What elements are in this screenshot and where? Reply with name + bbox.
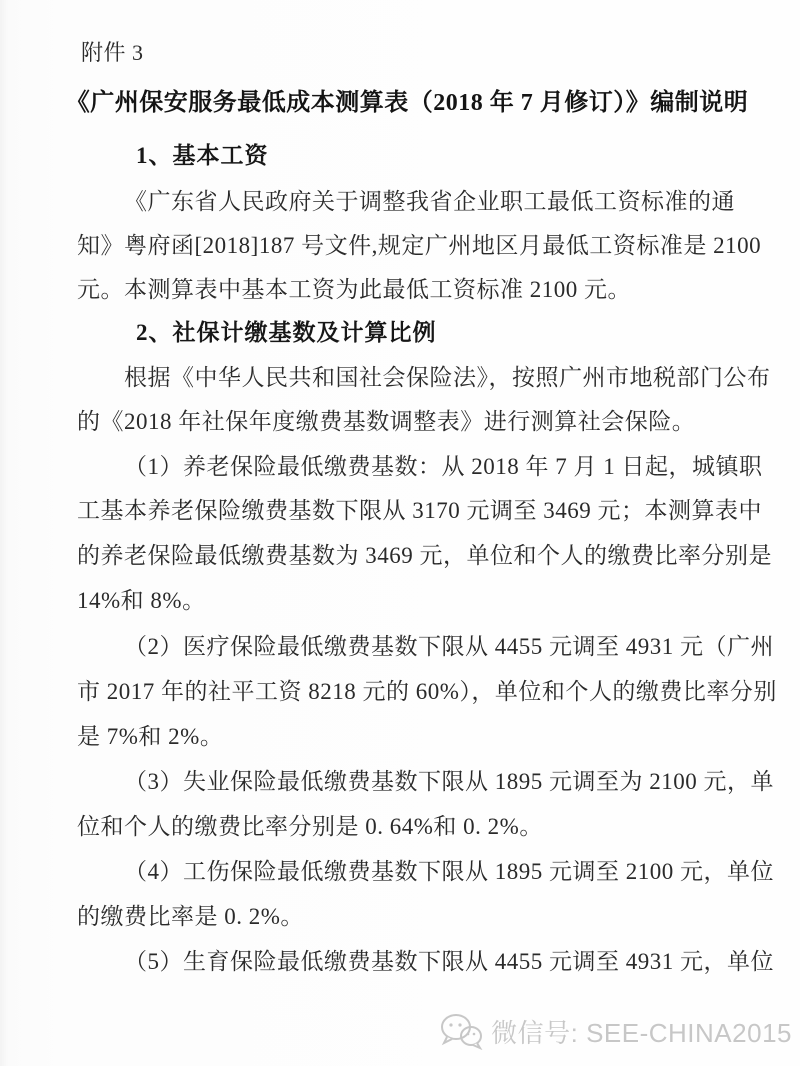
attachment-label: 附件 3 [81, 38, 144, 68]
item1-line: 14%和 8%。 [77, 586, 206, 616]
section1-heading: 1、基本工资 [136, 141, 269, 171]
watermark: 微信号: SEE-CHINA2015 [439, 1012, 792, 1050]
paragraph-line: 的《2018 年社保年度缴费基数调整表》进行测算社会保险。 [77, 407, 695, 437]
item4-line: （4）工伤保险最低缴费基数下限从 1895 元调至 2100 元，单位 [124, 857, 774, 887]
item3-line: 位和个人的缴费比率分别是 0. 64%和 0. 2%。 [77, 812, 543, 842]
paragraph-line: 元。本测算表中基本工资为此最低工资标准 2100 元。 [77, 275, 631, 305]
paragraph-line: 知》粤府函[2018]187 号文件,规定广州地区月最低工资标准是 2100 [77, 231, 761, 261]
item3-line: （3）失业保险最低缴费基数下限从 1895 元调至为 2100 元，单 [124, 767, 774, 797]
item2-line: 是 7%和 2%。 [77, 722, 223, 752]
item1-line: （1）养老保险最低缴费基数：从 2018 年 7 月 1 日起，城镇职 [124, 452, 763, 482]
paragraph-line: 根据《中华人民共和国社会保险法》，按照广州市地税部门公布 [124, 363, 771, 393]
paragraph-line: 《广东省人民政府关于调整我省企业职工最低工资标准的通 [124, 187, 735, 217]
item4-line: 的缴费比率是 0. 2%。 [77, 902, 304, 932]
page-title: 《广州保安服务最低成本测算表（2018 年 7 月修订）》编制说明 [0, 88, 800, 118]
item1-line: 工基本养老保险缴费基数下限从 3170 元调至 3469 元；本测算表中 [77, 496, 762, 526]
item1-line: 的养老保险最低缴费基数为 3469 元，单位和个人的缴费比率分别是 [77, 541, 772, 571]
item5-line: （5）生育保险最低缴费基数下限从 4455 元调至 4931 元，单位 [124, 947, 774, 977]
section2-heading: 2、社保计缴基数及计算比例 [136, 318, 437, 348]
item2-line: （2）医疗保险最低缴费基数下限从 4455 元调至 4931 元（广州 [124, 632, 774, 662]
wechat-icon [439, 1012, 483, 1050]
item2-line: 市 2017 年的社平工资 8218 元的 60%），单位和个人的缴费比率分别 [77, 677, 777, 707]
watermark-text: 微信号: SEE-CHINA2015 [491, 1013, 792, 1050]
document-page: 附件 3 《广州保安服务最低成本测算表（2018 年 7 月修订）》编制说明 1… [0, 0, 800, 1066]
